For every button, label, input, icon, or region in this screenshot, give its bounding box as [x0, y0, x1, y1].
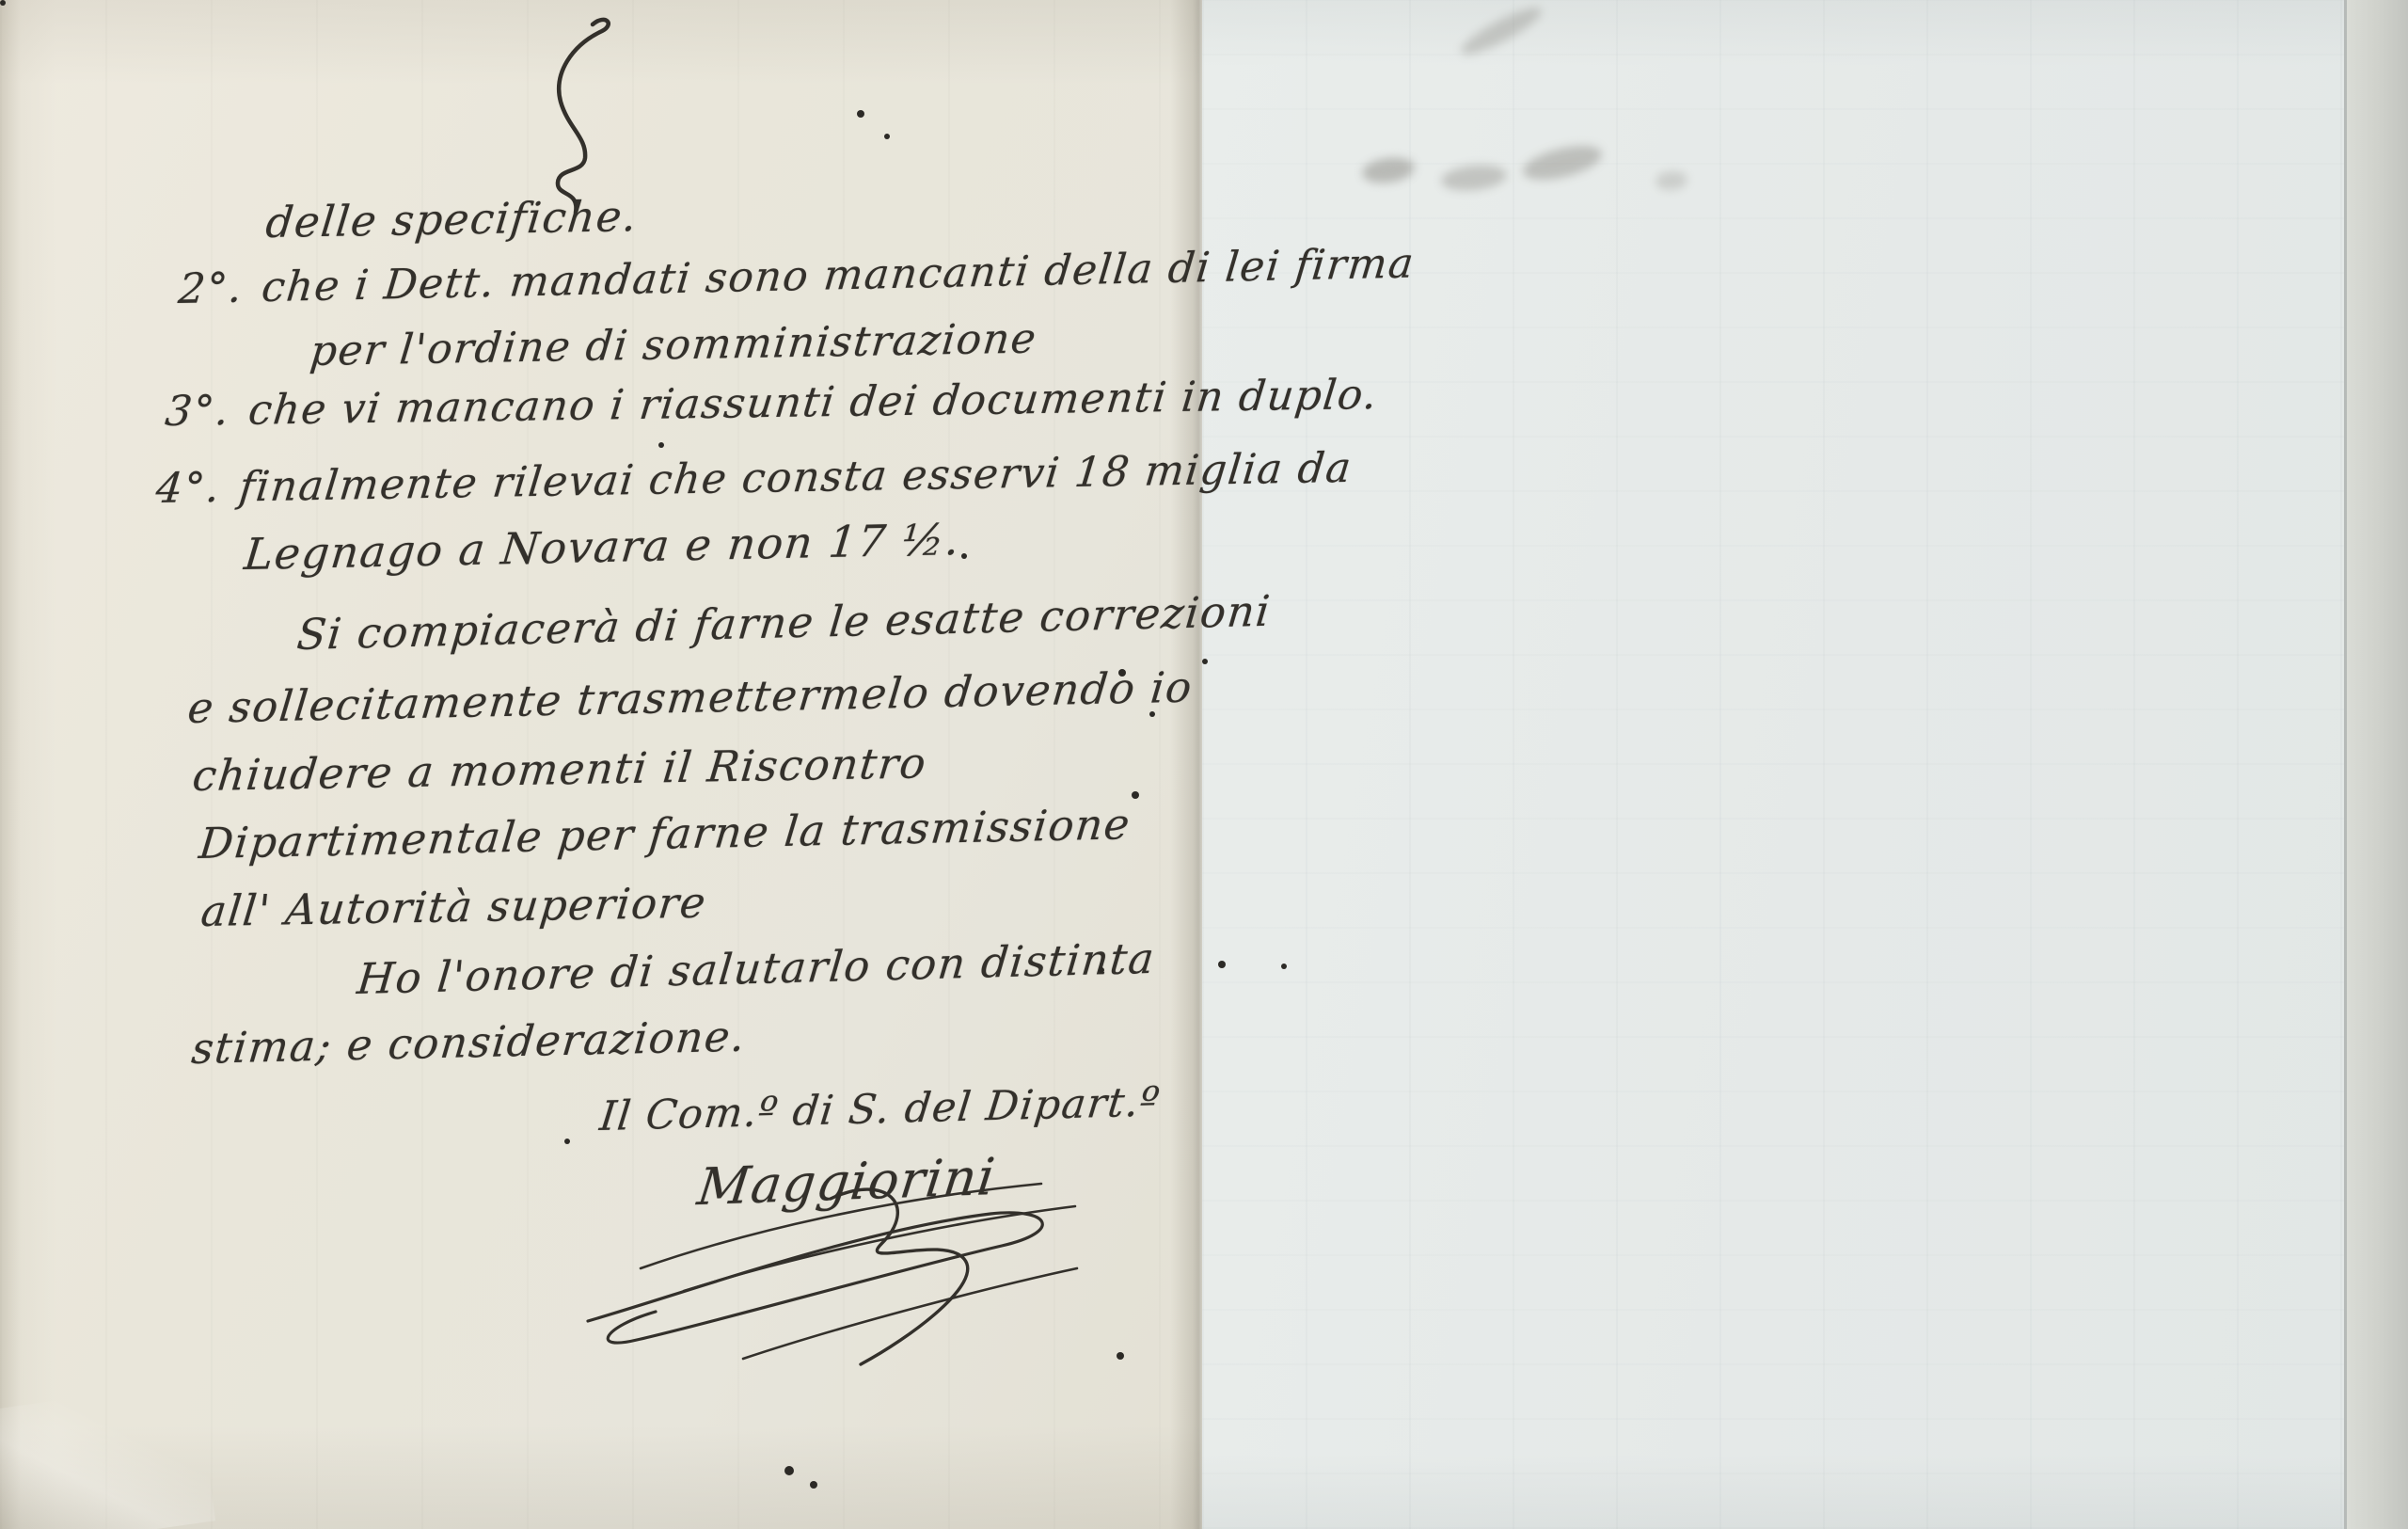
- ink-specks: [0, 0, 6, 6]
- list-marker: 3°.: [163, 387, 232, 436]
- right-page-blank: [1202, 0, 2344, 1529]
- manuscript-body-line: all' Autorità superiore: [198, 878, 709, 936]
- signature-paraph-flourish: [550, 1178, 1086, 1376]
- line-text: all' Autorità superiore: [198, 878, 709, 936]
- list-marker: 2°.: [176, 264, 246, 314]
- manuscript-heading: delle specifiche.: [263, 191, 640, 247]
- list-marker: 4°.: [153, 464, 223, 513]
- ink-squiggle-flourish: [519, 6, 642, 222]
- scanned-letter: delle specifiche. 2°.che i Dett. mandati…: [0, 0, 2408, 1529]
- heading-text: delle specifiche.: [263, 191, 640, 247]
- adjacent-page-edge: [2344, 0, 2408, 1529]
